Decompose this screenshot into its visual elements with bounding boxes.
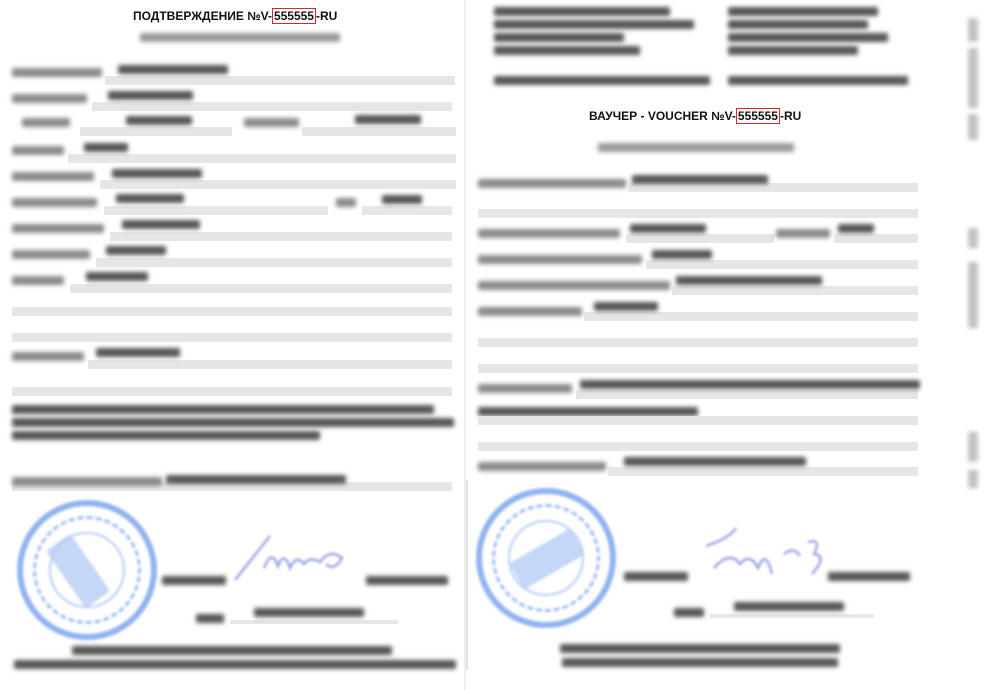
signature: [230, 528, 370, 588]
signature: [700, 524, 840, 588]
voucher-number-highlight: 555555: [736, 108, 780, 124]
confirmation-title: ПОДТВЕРЖДЕНИЕ №V-555555-RU: [133, 9, 337, 23]
voucher-page: ВАУЧЕР - VOUCHER №V-555555-RU: [466, 0, 920, 690]
margin-text: [968, 432, 978, 462]
blank-line: [478, 338, 918, 347]
blank-line: [12, 333, 452, 342]
blank-line: [478, 442, 918, 451]
margin-text: [968, 48, 978, 108]
margin-text: [968, 470, 978, 488]
blank-line: [478, 364, 918, 373]
confirmation-subtitle: [140, 31, 340, 43]
blank-line: [12, 307, 452, 316]
blank-line: [478, 209, 918, 218]
voucher-title: ВАУЧЕР - VOUCHER №V-555555-RU: [589, 109, 801, 123]
voucher-subtitle: [598, 141, 794, 153]
confirmation-number-highlight: 555555: [272, 8, 316, 24]
margin-text: [968, 18, 978, 42]
margin-text: [968, 228, 978, 248]
margin-text: [968, 114, 978, 140]
blank-line: [12, 387, 452, 396]
official-stamp: [17, 500, 157, 640]
confirmation-page: ПОДТВЕРЖДЕНИЕ №V-555555-RU: [0, 0, 460, 690]
margin-text: [968, 262, 978, 328]
official-stamp: [476, 488, 616, 628]
